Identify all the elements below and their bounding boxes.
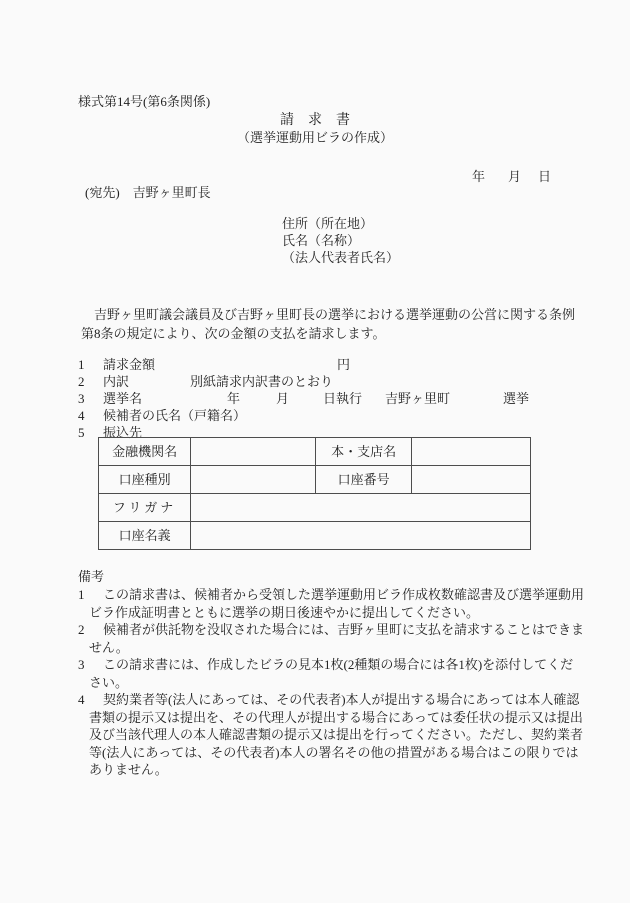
account-type-label-cell: 口座種別 [99,466,191,494]
table-row: 口座種別 口座番号 [99,466,531,494]
remark-item: 1この請求書は、候補者から受領した選挙運動用ビラ作成枚数確認書及び選挙運動用ビラ… [78,586,585,621]
list-item-candidate-name: 4 候補者の氏名（戸籍名） [78,407,568,424]
body-paragraph: 吉野ヶ里町議会議員及び吉野ヶ里町長の選挙における選挙運動の公営に関する条例第8条… [81,305,581,343]
day-label: 日 [538,168,551,185]
account-holder-value-cell [191,522,531,550]
remark-text: 候補者が供託物を没収された場合には、吉野ヶ里町に支払を請求することはできません。 [89,622,584,655]
name-label: 氏名（名称） [282,232,399,249]
remark-number: 4 [78,691,85,709]
item-label: 選挙名 [103,390,142,407]
financial-institution-value-cell [191,438,316,466]
account-holder-label-cell: 口座名義 [99,522,191,550]
account-number-value-cell [411,466,530,494]
document-page: 様式第14号(第6条関係) 請 求 書 （選挙運動用ビラの作成） 年 月 日 (… [0,0,630,903]
month-label: 月 [276,390,289,407]
year-label: 年 [227,390,240,407]
remark-item: 2候補者が供託物を没収された場合には、吉野ヶ里町に支払を請求することはできません… [78,621,585,656]
recipient-line: (宛先) 吉野ヶ里町長 [85,184,211,201]
item-label: 候補者の氏名（戸籍名） [103,407,246,424]
address-label: 住所（所在地） [282,215,399,232]
remark-item: 3この請求書には、作成したビラの見本1枚(2種類の場合には各1枚)を添付してくだ… [78,656,585,691]
date-line: 年 月 日 [0,168,630,185]
furigana-value-cell [191,494,531,522]
list-item-breakdown: 2 内訳 別紙請求内訳書のとおり [78,373,568,390]
day-executed-label: 日執行 [323,390,362,407]
document-title: 請 求 書 [0,112,630,129]
town-name: 吉野ヶ里町 [385,390,450,407]
election-label: 選挙 [503,390,529,407]
item-number: 5 [78,424,85,441]
form-number: 様式第14号(第6条関係) [78,93,210,110]
item-number: 1 [78,356,85,373]
month-label: 月 [508,168,521,185]
item-number: 2 [78,373,85,390]
yen-unit-label: 円 [337,356,350,373]
item-label: 請求金額 [103,356,155,373]
branch-value-cell [411,438,530,466]
remark-text: この請求書は、候補者から受領した選挙運動用ビラ作成枚数確認書及び選挙運動用ビラ作… [89,587,584,620]
table-row: 金融機関名 本・支店名 [99,438,531,466]
list-item-election-name: 3 選挙名 年 月 日執行 吉野ヶ里町 選挙 [78,390,568,407]
list-item-amount: 1 請求金額 円 [78,356,568,373]
document-subtitle: （選挙運動用ビラの作成） [0,129,630,146]
claim-items-list: 1 請求金額 円 2 内訳 別紙請求内訳書のとおり 3 選挙名 年 月 日執行 … [78,356,568,441]
remarks-list: 1この請求書は、候補者から受領した選挙運動用ビラ作成枚数確認書及び選挙運動用ビラ… [78,586,585,779]
remark-number: 3 [78,656,85,674]
branch-label-cell: 本・支店名 [316,438,411,466]
breakdown-value: 別紙請求内訳書のとおり [190,373,333,390]
table-row: 口座名義 [99,522,531,550]
remark-number: 1 [78,586,85,604]
remark-number: 2 [78,621,85,639]
corporate-representative-label: （法人代表者氏名） [282,249,399,266]
bank-transfer-table: 金融機関名 本・支店名 口座種別 口座番号 フリガナ 口座名義 [98,437,531,550]
table-row: フリガナ [99,494,531,522]
item-number: 4 [78,407,85,424]
remarks-heading: 備考 [78,568,104,585]
account-number-label-cell: 口座番号 [316,466,411,494]
remark-item: 4契約業者等(法人にあっては、その代表者)本人が提出する場合にあっては本人確認書… [78,691,585,779]
item-number: 3 [78,390,85,407]
remark-text: この請求書には、作成したビラの見本1枚(2種類の場合には各1枚)を添付してくださ… [89,657,573,690]
item-label: 内訳 [103,373,129,390]
financial-institution-label-cell: 金融機関名 [99,438,191,466]
address-block: 住所（所在地） 氏名（名称） （法人代表者氏名） [282,215,399,266]
account-type-value-cell [191,466,316,494]
furigana-label-cell: フリガナ [99,494,191,522]
year-label: 年 [472,168,485,185]
remark-text: 契約業者等(法人にあっては、その代表者)本人が提出する場合にあっては本人確認書類… [89,692,583,777]
